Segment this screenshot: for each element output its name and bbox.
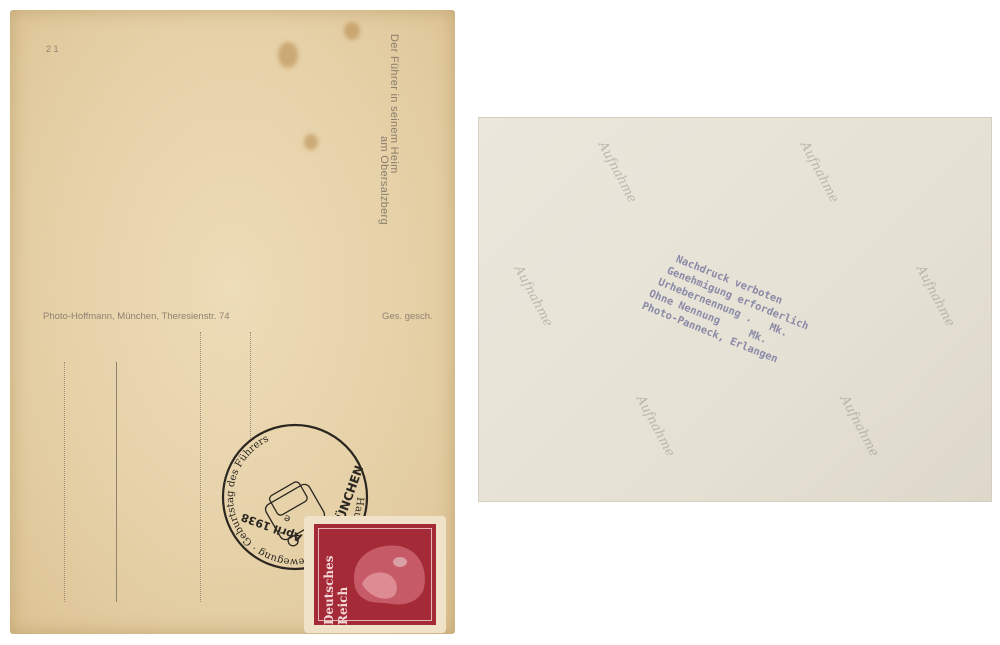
pencil-mark: Aufnahme (633, 393, 678, 459)
postage-stamp: Deutsches Reich (306, 518, 444, 631)
photo-back-right: Aufnahme Aufnahme Aufnahme Aufnahme Aufn… (478, 117, 992, 502)
pencil-mark: Aufnahme (595, 139, 640, 205)
foxing-stain (304, 134, 318, 150)
foxing-stain (344, 22, 360, 40)
rights-notice: Ges. gesch. (382, 311, 433, 322)
caption-line-2: am Obersalzberg (378, 136, 390, 225)
divider-line (116, 362, 117, 602)
corner-mark: 2 1 (46, 44, 59, 54)
pencil-mark: Aufnahme (511, 263, 556, 329)
dotted-line (200, 332, 201, 602)
dotted-line (64, 362, 65, 602)
postcard-back-left: 2 1 Der Führer in seinem Heim am Obersal… (10, 10, 455, 634)
copyright-rubber-stamp: Nachdruck verboten Genehmigung erforderl… (640, 247, 816, 372)
foxing-stain (278, 42, 298, 68)
pencil-mark: Aufnahme (837, 393, 882, 459)
pencil-mark: Aufnahme (797, 139, 842, 205)
publisher-imprint: Photo-Hoffmann, München, Theresienstr. 7… (43, 311, 230, 322)
pencil-mark: Aufnahme (913, 263, 958, 329)
portrait-icon (344, 538, 430, 608)
